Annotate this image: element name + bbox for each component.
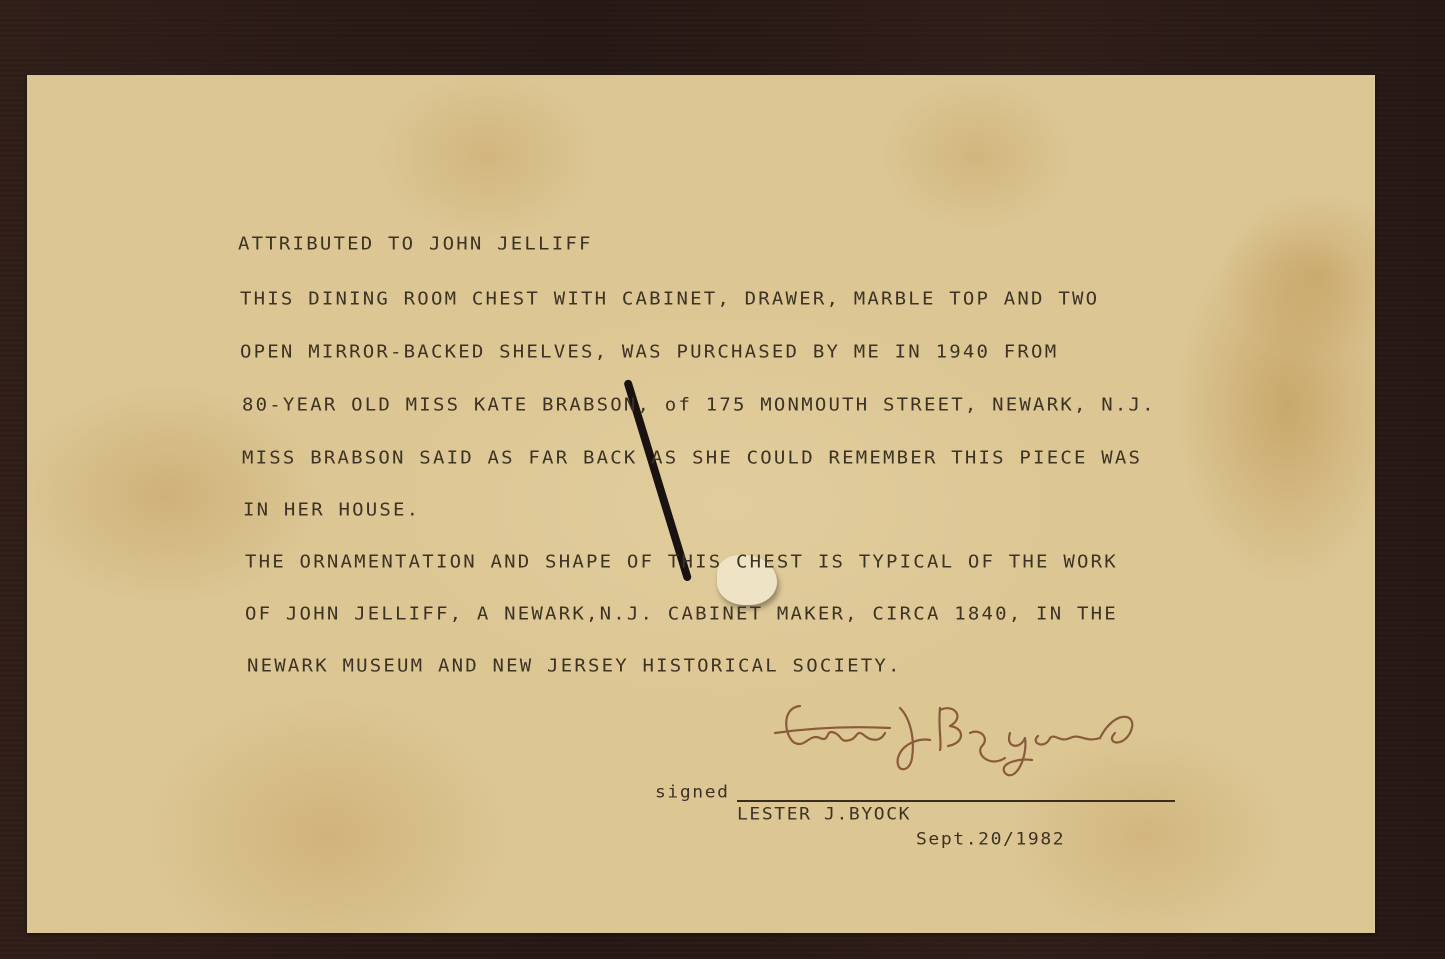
paragraph-line: THE ORNAMENTATION AND SHAPE OF THIS CHES…: [245, 552, 1118, 573]
paragraph-line: MISS BRABSON SAID AS FAR BACK AS SHE COU…: [242, 448, 1142, 469]
signature-line: [737, 800, 1175, 802]
paragraph-line: THIS DINING ROOM CHEST WITH CABINET, DRA…: [240, 289, 1099, 310]
paragraph-line: OF JOHN JELLIFF, A NEWARK,N.J. CABINET M…: [245, 604, 1118, 625]
signed-label: signed: [655, 783, 730, 803]
paragraph-line: NEWARK MUSEUM AND NEW JERSEY HISTORICAL …: [247, 656, 902, 677]
paragraph-line: OPEN MIRROR-BACKED SHELVES, WAS PURCHASE…: [240, 342, 1058, 363]
paragraph-line: IN HER HOUSE.: [243, 500, 420, 521]
signature-date: Sept.20/1982: [916, 830, 1065, 850]
document-heading: ATTRIBUTED TO JOHN JELLIFF: [238, 234, 593, 255]
provenance-document: [27, 75, 1375, 933]
handwritten-signature: [770, 688, 1150, 788]
typed-signer-name: LESTER J.BYOCK: [737, 805, 911, 825]
paragraph-line: 80-YEAR OLD MISS KATE BRABSON, of 175 MO…: [242, 395, 1156, 416]
